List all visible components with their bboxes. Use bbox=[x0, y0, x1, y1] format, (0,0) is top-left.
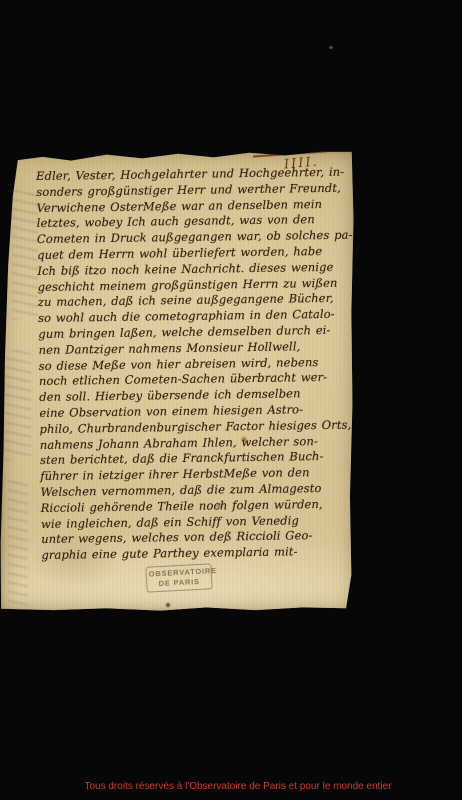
manuscript-line: graphia eine gute Parthey exemplaria mit… bbox=[41, 544, 359, 564]
copyright-notice: Tous droits réservés à l'Observatoire de… bbox=[0, 781, 462, 792]
ink-stain bbox=[165, 602, 171, 608]
stamp-line-2: DE PARIS bbox=[149, 577, 209, 590]
dust-speck bbox=[329, 46, 333, 49]
manuscript-text: Edler, Vester, Hochgelahrter und Hochgee… bbox=[36, 165, 359, 564]
ink-show-through bbox=[8, 480, 28, 620]
ink-show-through bbox=[5, 350, 31, 460]
observatory-stamp: OBSERVATOIRE DE PARIS bbox=[145, 563, 212, 593]
manuscript-page: IIII. Edler, Vester, Hochgelahrter und H… bbox=[0, 150, 356, 612]
ink-show-through bbox=[12, 190, 38, 320]
archive-scan: IIII. Edler, Vester, Hochgelahrter und H… bbox=[0, 0, 462, 800]
